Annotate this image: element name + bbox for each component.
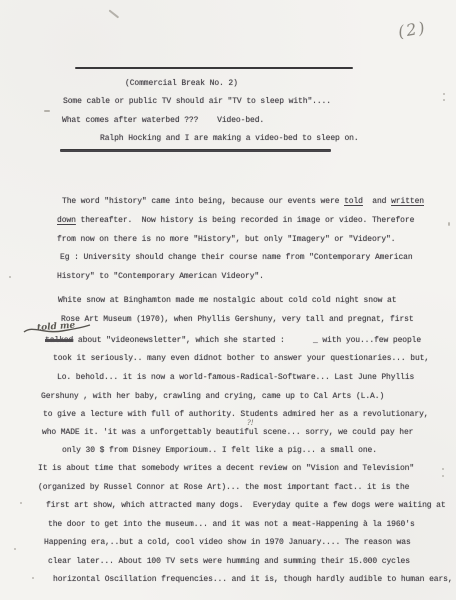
history-paragraph-line: History" to "Contemporary American Video… xyxy=(57,272,264,282)
snow-paragraph-line: (organized by Russel Connor at Rose Art)… xyxy=(38,483,409,493)
divider-rule-top xyxy=(75,67,353,69)
snow-paragraph-line: who MADE it. 'it was a unforgettably bea… xyxy=(42,428,413,438)
snow-paragraph-line: took it seriously.. many even didnot bot… xyxy=(53,354,429,364)
underlined-word-down: down xyxy=(57,216,76,225)
snow-paragraph-line: clear later... About 100 TV sets were hu… xyxy=(48,557,410,567)
paper-speck xyxy=(443,93,445,95)
underlined-word-told: told xyxy=(344,197,363,206)
pencil-stroke xyxy=(109,9,119,18)
underlined-word-written: written xyxy=(391,197,424,206)
history-paragraph-line: from now on there is no more "History", … xyxy=(57,235,395,245)
history-line1-mid: and xyxy=(363,197,391,206)
snow-paragraph-line: horizontal Oscillation frequencies... an… xyxy=(53,575,453,585)
snow-paragraph-line: the door to get into the museum... and i… xyxy=(48,520,415,530)
commercial-break-line: Ralph Hocking and I are making a video-b… xyxy=(100,134,359,144)
paper-speck xyxy=(14,548,16,550)
snow-paragraph-line: Happening era,..but a cold, cool video s… xyxy=(44,538,411,548)
snow-paragraph-line: White snow at Binghamton made me nostalg… xyxy=(58,296,396,306)
snow-paragraph-line: Rose Art Museum (1970), when Phyllis Ger… xyxy=(61,315,414,325)
history-paragraph-line: Eg : University should change their cour… xyxy=(60,253,413,263)
snow-paragraph-line: talked about "videonewsletter", which sh… xyxy=(45,336,421,346)
snow-paragraph-line: Lo. behold... it is now a world-famous-R… xyxy=(57,373,414,383)
paper-speck xyxy=(442,468,444,470)
history-line2-rest: thereafter. Now history is being recorde… xyxy=(76,216,414,225)
snow-paragraph-line: only 30 $ from Disney Emporioum.. I felt… xyxy=(62,446,377,456)
told-me-underline-swoosh xyxy=(22,322,92,336)
handwritten-scene-mark: ?! xyxy=(247,419,254,427)
commercial-break-line: What comes after waterbed ??? Video-bed. xyxy=(62,116,264,126)
commercial-break-line: Some cable or public TV should air "TV t… xyxy=(63,97,331,107)
commercial-break-title: (Commercial Break No. 2) xyxy=(125,79,238,89)
snow-paragraph-line: first art show, which attracted many dog… xyxy=(46,501,446,511)
snow-paragraph-line: to give a lecture with full of authority… xyxy=(43,410,428,420)
history-line1-pre: The word "history" came into being, beca… xyxy=(62,197,344,206)
snow-paragraph-line: It is about time that somebody writes a … xyxy=(38,464,414,474)
paper-speck xyxy=(448,222,450,226)
pencil-mark xyxy=(44,110,50,112)
handwritten-page-number: (2) xyxy=(397,18,429,42)
snow-paragraph-line: Gershuny , with her baby, crawling and c… xyxy=(41,392,384,402)
snow-line3-rest: about "videonewsletter", which she start… xyxy=(73,336,421,345)
history-paragraph-line: down thereafter. Now history is being re… xyxy=(57,216,414,226)
paper-speck xyxy=(20,502,22,504)
paper-speck xyxy=(9,276,11,278)
paper-speck xyxy=(32,577,34,579)
history-paragraph-line: The word "history" came into being, beca… xyxy=(62,197,424,207)
paper-speck xyxy=(442,475,444,477)
paper-speck xyxy=(443,99,445,101)
scanned-letter-page: (2) (Commercial Break No. 2) Some cable … xyxy=(0,0,456,600)
divider-rule-bottom xyxy=(60,149,331,152)
struck-word-talked: talked xyxy=(45,336,73,345)
